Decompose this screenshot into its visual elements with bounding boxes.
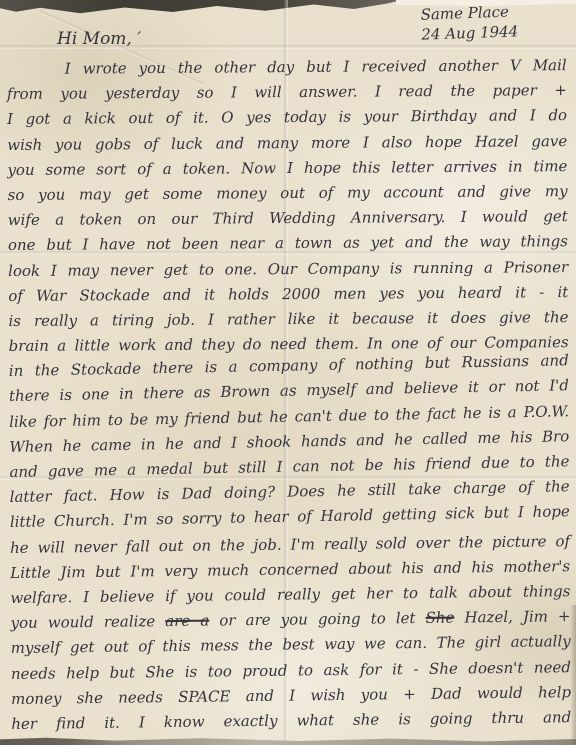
handwritten-line: wife a token on our Third Wedding Annive…	[8, 204, 568, 233]
handwritten-line: is really a tiring job. I rather like it…	[8, 305, 568, 334]
handwritten-line: look I may never get to one. Our Company…	[8, 255, 568, 284]
salutation: Hi Mom, ′	[57, 29, 141, 49]
struck-text: She	[425, 609, 454, 627]
bottom-paper-edge	[0, 737, 576, 745]
handwritten-line: I got a kick out of it. O yes today is y…	[7, 103, 567, 132]
handwritten-line: you some sort of a token. Now I hope thi…	[7, 154, 567, 183]
struck-text: are a	[165, 612, 209, 631]
handwritten-line: I wrote you the other day but I received…	[7, 53, 567, 82]
letter-body: I wrote you the other day but I received…	[7, 53, 572, 737]
dateline-date: 24 Aug 1944	[421, 21, 519, 44]
letter-paper: Same Place 24 Aug 1944 Hi Mom, ′ I wrote…	[0, 0, 576, 745]
handwritten-line: of War Stockade and it holds 2000 men ye…	[8, 280, 568, 309]
handwritten-line: from you yesterday so I will answer. I r…	[7, 78, 567, 107]
handwritten-line: wish you gobs of luck and many more I al…	[7, 129, 567, 158]
dateline: Same Place 24 Aug 1944	[420, 1, 518, 44]
torn-top-edge	[0, 0, 402, 15]
handwritten-line: one but I have not been near a town as y…	[8, 229, 568, 258]
right-paper-edge-shadow	[570, 605, 576, 745]
handwritten-line: so you may get some money out of my acco…	[8, 179, 568, 208]
